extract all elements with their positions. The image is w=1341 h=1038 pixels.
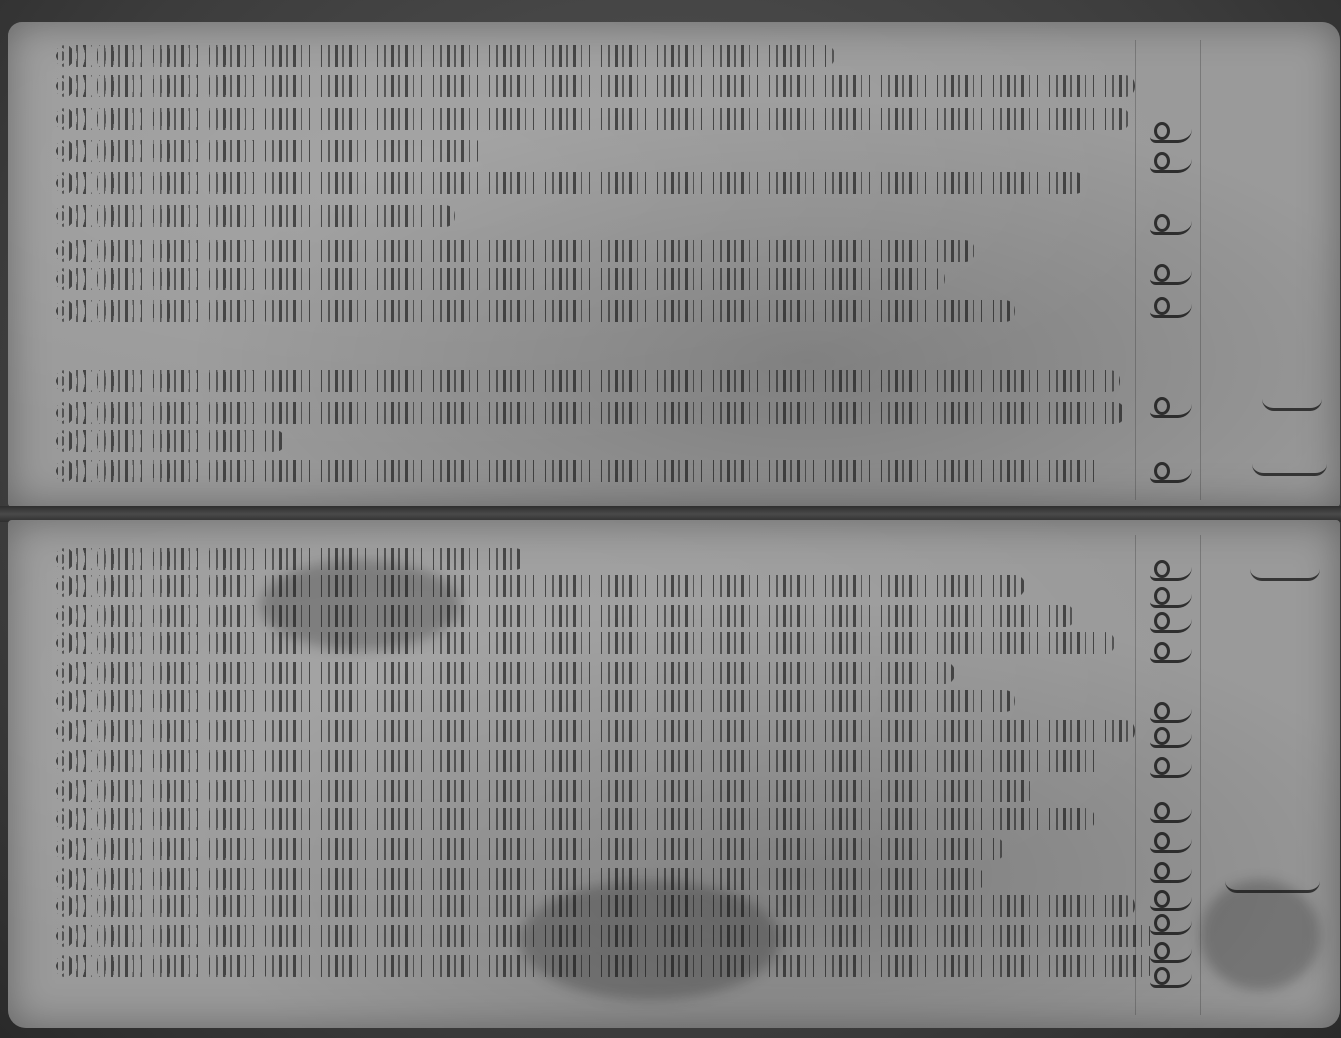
script-line bbox=[55, 955, 1155, 977]
margin-numeral bbox=[1150, 888, 1192, 911]
margin-annotation bbox=[1252, 455, 1327, 476]
script-line bbox=[55, 205, 455, 227]
margin-numeral bbox=[1150, 150, 1192, 173]
margin-numeral bbox=[1150, 610, 1192, 633]
margin-numeral bbox=[1150, 120, 1192, 143]
script-line bbox=[55, 460, 1105, 482]
script-line bbox=[55, 430, 285, 452]
margin-numeral bbox=[1150, 640, 1192, 663]
script-line bbox=[55, 690, 1015, 712]
margin-ruling-left bbox=[1135, 40, 1136, 500]
script-line bbox=[55, 575, 1025, 597]
margin-numeral bbox=[1150, 585, 1192, 608]
margin-numeral bbox=[1150, 965, 1192, 988]
script-line bbox=[55, 45, 835, 67]
script-line bbox=[55, 925, 1155, 947]
margin-numeral bbox=[1150, 700, 1192, 723]
script-line bbox=[55, 750, 1105, 772]
margin-numeral bbox=[1150, 558, 1192, 581]
margin-annotation bbox=[1262, 390, 1322, 411]
script-line bbox=[55, 720, 1135, 742]
script-line bbox=[55, 868, 985, 890]
script-line bbox=[55, 662, 955, 684]
margin-numeral bbox=[1150, 860, 1192, 883]
margin-numeral bbox=[1150, 912, 1192, 935]
script-line bbox=[55, 268, 945, 290]
manuscript-photograph: Burmese (handwritten) Handwritten Burmes… bbox=[0, 0, 1341, 1038]
script-line bbox=[55, 838, 1005, 860]
script-line bbox=[55, 108, 1130, 130]
script-line bbox=[55, 808, 1095, 830]
margin-numeral bbox=[1150, 295, 1192, 318]
script-line bbox=[55, 605, 1075, 627]
margin-annotation bbox=[1250, 560, 1320, 581]
script-line bbox=[55, 548, 525, 570]
script-line bbox=[55, 780, 1035, 802]
margin-numeral bbox=[1150, 755, 1192, 778]
script-line bbox=[55, 300, 1015, 322]
margin-numeral bbox=[1150, 212, 1192, 235]
margin-ruling-right bbox=[1200, 40, 1201, 500]
margin-numeral bbox=[1150, 830, 1192, 853]
script-line bbox=[55, 895, 1135, 917]
script-line bbox=[55, 370, 1120, 392]
margin-numeral bbox=[1150, 395, 1192, 418]
margin-numeral bbox=[1150, 940, 1192, 963]
ink-stain bbox=[1200, 880, 1320, 990]
script-line bbox=[55, 402, 1125, 424]
script-line bbox=[55, 632, 1115, 654]
margin-numeral bbox=[1150, 725, 1192, 748]
margin-annotation bbox=[1225, 872, 1320, 893]
margin-numeral bbox=[1150, 800, 1192, 823]
margin-numeral bbox=[1150, 460, 1192, 483]
script-line bbox=[55, 240, 975, 262]
script-line bbox=[55, 75, 1135, 97]
margin-numeral bbox=[1150, 262, 1192, 285]
script-line bbox=[55, 172, 1085, 194]
script-line bbox=[55, 140, 485, 162]
